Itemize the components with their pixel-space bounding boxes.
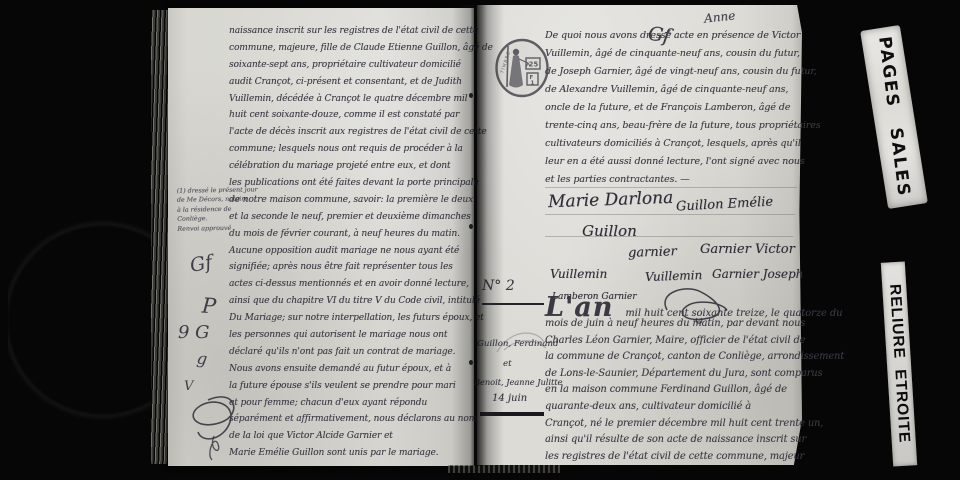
manuscript-line: actes ci-dessus mentionnés et en avoir d… [229, 279, 472, 296]
stamp-denomination: 25 [529, 61, 539, 69]
manuscript-line: la commune de Crançot, canton de Conlièg… [545, 351, 803, 368]
manuscript-line: et les parties contractantes. — [545, 174, 803, 192]
manuscript-line: et pour femme; chacun d'eux ayant répond… [229, 398, 472, 415]
manuscript-line: séparément et affirmativement, nous décl… [229, 414, 472, 431]
signature: Garnier Victor [700, 242, 795, 257]
official-paraph: 9 G [178, 322, 210, 343]
manuscript-line: Vuillemin, âgé de cinquante-neuf ans, co… [545, 48, 803, 66]
manuscript-line: du mois de février courant, à neuf heure… [229, 229, 472, 246]
manuscript-line: de la loi que Victor Alcide Garnier et [229, 431, 472, 448]
manuscript-line: soixante-sept ans, propriétaire cultivat… [229, 60, 472, 77]
margin-act-date: 14 juin [492, 393, 527, 404]
act1-closing-text: De quoi nous avons dressé acte en présen… [545, 30, 803, 192]
manuscript-line: et la seconde le neuf, premier et deuxiè… [229, 212, 472, 229]
margin-rule [482, 303, 544, 305]
manuscript-line: de Alexandre Vuillemin, âgé de cinquante… [545, 84, 803, 102]
register-photograph: (1) dressé le présent jourde Me Décors, … [0, 0, 960, 480]
manuscript-line: oncle de la future, et de François Lambe… [545, 102, 803, 120]
manuscript-line: de notre maison commune, savoir: la prem… [229, 195, 472, 212]
manuscript-line: la future épouse s'ils veulent se prendr… [229, 381, 472, 398]
bottom-page-edges [448, 465, 560, 473]
signature: garnier [628, 244, 677, 261]
manuscript-line: déclaré qu'ils n'ont pas fait un contrat… [229, 347, 472, 364]
manuscript-line: cultivateurs domiciliés à Crançot, lesqu… [545, 138, 803, 156]
margin-conjunction: et [503, 359, 512, 369]
manuscript-line: commune; lesquels nous ont requis de pro… [229, 144, 472, 161]
pages-sales-label-text: PAGES SALES [874, 35, 914, 198]
manuscript-line: De quoi nous avons dressé acte en présen… [545, 30, 803, 48]
manuscript-line: audit Crançot, ci-présent et consentant,… [229, 77, 472, 94]
manuscript-line: les registres de l'état civil de cette c… [545, 451, 803, 468]
manuscript-line: leur en a été aussi donné lecture, l'ont… [545, 156, 803, 174]
margin-rule-thick [480, 412, 544, 416]
manuscript-line: trente-cinq ans, beau-frère de la future… [545, 120, 803, 138]
manuscript-line: Aucune opposition audit mariage ne nous … [229, 246, 472, 263]
signature: Garnier Joseph [712, 267, 803, 281]
manuscript-line: commune, majeure, fille de Claude Etienn… [229, 43, 472, 60]
signature: Guillon [582, 222, 637, 240]
stamp-value-bottom: 1 [531, 81, 535, 87]
manuscript-line: l'acte de décès inscrit aux registres de… [229, 127, 472, 144]
pages-sales-label: PAGES SALES [860, 25, 928, 209]
manuscript-line: Charles Léon Garnier, Maire, officier de… [545, 335, 803, 352]
signature: Vuillemin [550, 267, 607, 281]
manuscript-line: Vuillemin, décédée à Crançot le quatre d… [229, 94, 472, 111]
act-number: N° 2 [482, 278, 515, 294]
left-page-edge-stack [151, 10, 169, 464]
manuscript-line: les publications ont été faites devant l… [229, 178, 472, 195]
manuscript-line: ainsi qu'il résulte de son acte de naiss… [545, 434, 803, 451]
manuscript-line: naissance inscrit sur les registres de l… [229, 26, 472, 43]
manuscript-line: célébration du mariage projeté entre eux… [229, 161, 472, 178]
manuscript-line: signifiée; après nous être fait représen… [229, 262, 472, 279]
reliure-etroite-label: RELIURE ETROITE [881, 261, 917, 466]
manuscript-line: Crançot, né le premier décembre mil huit… [545, 418, 803, 435]
manuscript-line: quarante-deux ans, cultivateur domicilié… [545, 401, 803, 418]
manuscript-line: de Lons-le-Saunier, Département du Jura,… [545, 368, 803, 385]
manuscript-line: de Joseph Garnier, âgé de vingt-neuf ans… [545, 66, 803, 84]
manuscript-line: ainsi que du chapitre VI du titre V du C… [229, 296, 472, 313]
manuscript-line: les personnes qui autorisent le mariage … [229, 330, 472, 347]
binding-stitch [469, 360, 473, 365]
binding-stitch [469, 93, 473, 98]
manuscript-line: Du Mariage; sur notre interpellation, le… [229, 313, 472, 330]
reliure-etroite-label-text: RELIURE ETROITE [885, 284, 913, 444]
binding-stitch [469, 224, 473, 229]
act2-body-text: mois de juin à neuf heures du matin, par… [545, 318, 803, 467]
manuscript-line: Marie Emélie Guillon sont unis par le ma… [229, 448, 472, 465]
official-paraph: P [201, 294, 217, 319]
manuscript-line: mois de juin à neuf heures du matin, par… [545, 318, 803, 335]
manuscript-line: en la maison commune Ferdinand Guillon, … [545, 384, 803, 401]
official-paraph: Gf [188, 251, 214, 277]
show-through-line [545, 214, 795, 215]
revenue-stamp: 25 F 1 TIMBRE [495, 37, 551, 99]
left-page-act-text: naissance inscrit sur les registres de l… [229, 26, 472, 465]
manuscript-line: Nous avons ensuite demandé au futur épou… [229, 364, 472, 381]
manuscript-line: huit cent soixante-douze, comme il est c… [229, 110, 472, 127]
